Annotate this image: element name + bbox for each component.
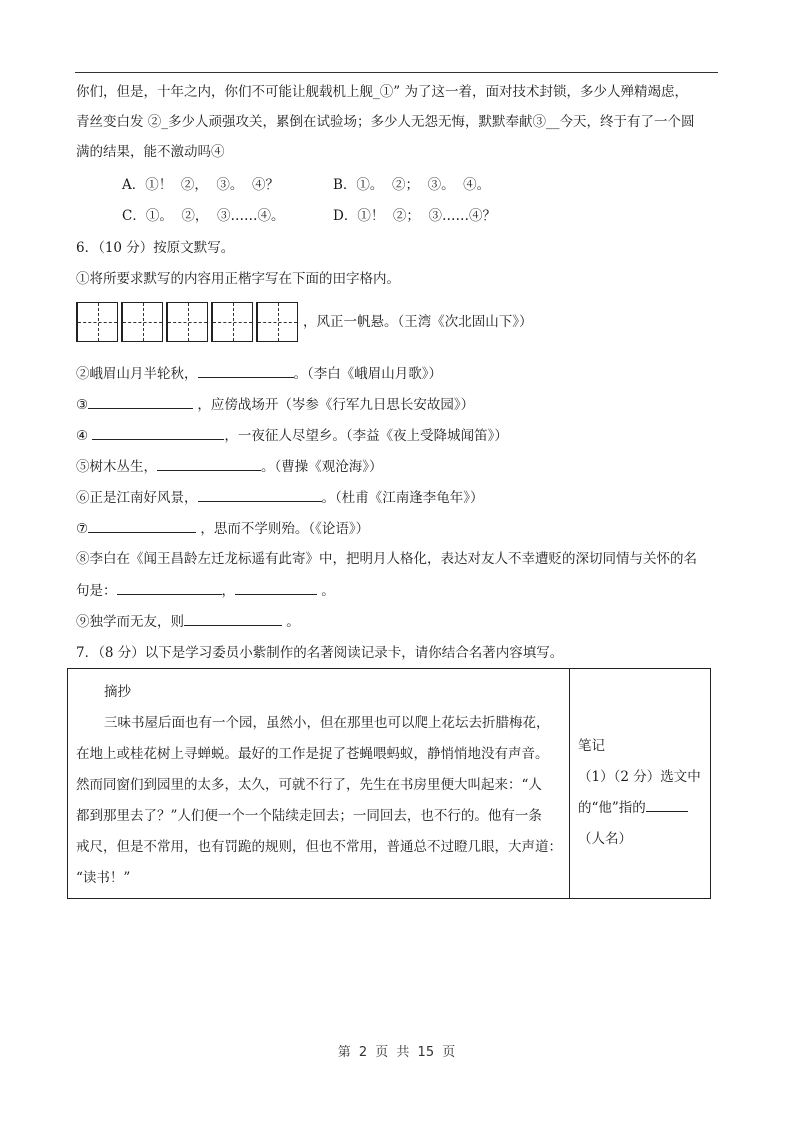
excerpt-line: 在地上或桂花树上寻蝉蜕。最好的工作是捉了苍蝇喂蚂蚁，静悄悄地没有声音。 bbox=[76, 739, 563, 770]
q7-title: 7．（8 分）以下是学习委员小紫制作的名著阅读记录卡，请你结合名著内容填写。 bbox=[76, 643, 563, 663]
q6-title: 6．（10 分）按原文默写。 bbox=[76, 238, 234, 258]
q6-item5: ⑤树木丛生，。（曹操《观沧海》） bbox=[76, 456, 383, 477]
answer-blank[interactable] bbox=[646, 797, 688, 812]
option-a[interactable]: A．①！ ②， ③。 ④？ bbox=[122, 175, 279, 195]
notes-label: 笔记 bbox=[578, 731, 704, 762]
header-rule bbox=[75, 72, 718, 73]
answer-blank[interactable] bbox=[184, 611, 282, 626]
answer-blank[interactable] bbox=[117, 580, 222, 595]
note-line-3: （人名） bbox=[578, 824, 704, 855]
passage-line-1: 你们，但是，十年之内，你们不可能让舰载机上舰_①” 为了这一着，面对技术封锁，多… bbox=[76, 82, 688, 102]
excerpt-line: “读书！” bbox=[76, 863, 563, 894]
q6-item1-instruction: ①将所要求默写的内容用正楷字写在下面的田字格内。 bbox=[76, 269, 400, 289]
q6-item4: ④ ，一夜征人尽望乡。（李益《夜上受降城闻笛》） bbox=[76, 425, 508, 446]
excerpt-cell: 摘抄 三味书屋后面也有一个园，虽然小，但在那里也可以爬上花坛去折腊梅花， 在地上… bbox=[68, 669, 570, 898]
answer-blank[interactable] bbox=[235, 580, 317, 595]
q6-item6: ⑥正是江南好风景，。（杜甫《江南逢李龟年》） bbox=[76, 487, 484, 508]
tianzige-cell[interactable] bbox=[211, 302, 253, 342]
reading-record-card: 摘抄 三味书屋后面也有一个园，虽然小，但在那里也可以爬上花坛去折腊梅花， 在地上… bbox=[67, 668, 711, 899]
q6-item3: ③ ，应傍战场开（岑参《行军九日思长安故园》） bbox=[76, 394, 474, 415]
excerpt-line: 三味书屋后面也有一个园，虽然小，但在那里也可以爬上花坛去折腊梅花， bbox=[76, 708, 563, 739]
q6-item1-suffix: ，风正一帆悬。（王湾《次北固山下》） bbox=[303, 312, 533, 332]
tianzige-grid: ，风正一帆悬。（王湾《次北固山下》） bbox=[76, 302, 533, 342]
answer-blank[interactable] bbox=[198, 363, 294, 378]
excerpt-line: 然而同窗们到园里的太多，太久，可就不行了，先生在书房里便大叫起来：“人 bbox=[76, 770, 563, 801]
tianzige-cell[interactable] bbox=[76, 302, 118, 342]
answer-blank[interactable] bbox=[157, 456, 261, 471]
tianzige-cell[interactable] bbox=[166, 302, 208, 342]
note-line-1: （1）（2 分）选文中 bbox=[578, 762, 704, 793]
q6-item2: ②峨眉山月半轮秋，。（李白《峨眉山月歌》） bbox=[76, 363, 442, 384]
option-d[interactable]: D．①！ ②； ③……④？ bbox=[333, 206, 496, 226]
excerpt-line: 都到那里去了？”人们便一个一个陆续走回去；一同回去，也不行的。他有一条 bbox=[76, 801, 563, 832]
q6-item7: ⑦ ，思而不学则殆。（《论语》） bbox=[76, 518, 369, 539]
note-line-2: 的“他”指的 bbox=[578, 793, 704, 824]
answer-blank[interactable] bbox=[92, 425, 224, 440]
page-number: 第 2 页 共 15 页 bbox=[0, 1041, 793, 1060]
notes-cell: 笔记 （1）（2 分）选文中 的“他”指的 （人名） bbox=[570, 669, 710, 898]
tianzige-cell[interactable] bbox=[121, 302, 163, 342]
q6-item9: ⑨独学而无友，则 。 bbox=[76, 611, 300, 632]
answer-blank[interactable] bbox=[88, 518, 196, 533]
q6-item8-line2: 句是：， 。 bbox=[76, 580, 335, 601]
tianzige-cell[interactable] bbox=[256, 302, 298, 342]
option-c[interactable]: C．①。 ②， ③……④。 bbox=[122, 206, 285, 226]
answer-blank[interactable] bbox=[88, 394, 193, 409]
excerpt-label: 摘抄 bbox=[76, 677, 563, 708]
option-b[interactable]: B．①。 ②； ③。 ④。 bbox=[333, 175, 490, 195]
passage-line-3: 满的结果，能不激动吗④ bbox=[76, 142, 225, 162]
passage-line-2: 青丝变白发 ②_多少人顽强攻关，累倒在试验场；多少人无怨无悔，默默奉献③__今天… bbox=[76, 112, 695, 132]
answer-blank[interactable] bbox=[198, 487, 322, 502]
q6-item8-line1: ⑧李白在《闻王昌龄左迁龙标遥有此寄》中，把明月人格化，表达对友人不幸遭贬的深切同… bbox=[76, 549, 697, 569]
excerpt-line: 戒尺，但是不常用，也有罚跪的规则，但也不常用，普通总不过瞪几眼，大声道： bbox=[76, 832, 563, 863]
